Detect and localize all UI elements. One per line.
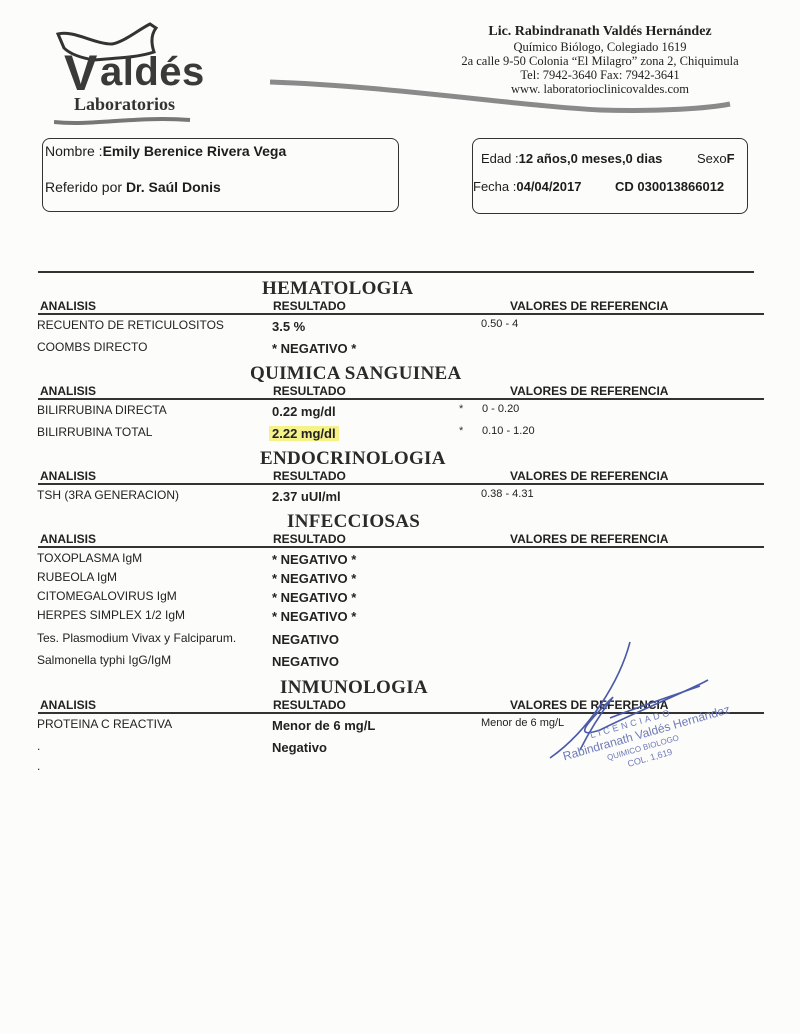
- sex-field: SexoF: [697, 151, 735, 166]
- result-value: Negativo: [272, 740, 327, 755]
- column-header-reference: VALORES DE REFERENCIA: [510, 469, 668, 483]
- section-title: ENDOCRINOLOGIA: [260, 448, 446, 470]
- result-value: * NEGATIVO *: [272, 341, 356, 356]
- analysis-name: BILIRRUBINA TOTAL: [37, 425, 152, 439]
- result-value: * NEGATIVO *: [272, 609, 356, 624]
- analysis-name: RUBEOLA IgM: [37, 570, 117, 584]
- analysis-name: .: [37, 759, 40, 773]
- patient-name: Emily Berenice Rivera Vega: [103, 143, 287, 159]
- result-value: 2.22 mg/dl: [272, 426, 339, 441]
- analysis-name: Salmonella typhi IgG/IgM: [37, 653, 171, 667]
- section-title: INMUNOLOGIA: [280, 677, 428, 699]
- analysis-name: RECUENTO DE RETICULOSITOS: [37, 318, 224, 332]
- top-divider: [38, 271, 754, 273]
- column-header-result: RESULTADO: [273, 384, 346, 398]
- cd-number: 030013866012: [637, 179, 724, 194]
- column-header-analysis: ANALISIS: [40, 384, 96, 398]
- date-field: Fecha :04/04/2017: [473, 179, 581, 194]
- analysis-name: COOMBS DIRECTO: [37, 340, 147, 354]
- result-text: NEGATIVO: [272, 654, 339, 669]
- analysis-name: TOXOPLASMA IgM: [37, 551, 142, 565]
- column-header-analysis: ANALISIS: [40, 698, 96, 712]
- result-text: * NEGATIVO *: [272, 609, 356, 624]
- sex-label: Sexo: [697, 151, 727, 166]
- info-box: Edad :12 años,0 meses,0 dias SexoF Fecha…: [472, 138, 748, 214]
- abnormal-flag: *: [459, 425, 463, 437]
- result-value: 3.5 %: [272, 319, 305, 334]
- result-text: 2.22 mg/dl: [269, 426, 339, 441]
- cd-label: CD: [615, 179, 634, 194]
- result-value: * NEGATIVO *: [272, 571, 356, 586]
- header-rule: [38, 313, 764, 315]
- column-header-result: RESULTADO: [273, 698, 346, 712]
- result-text: 2.37 uUI/ml: [272, 489, 341, 504]
- wave-decoration: [54, 114, 194, 128]
- result-text: * NEGATIVO *: [272, 571, 356, 586]
- patient-box: Nombre :Emily Berenice Rivera Vega Refer…: [42, 138, 399, 212]
- section-title: INFECCIOSAS: [287, 511, 420, 533]
- analysis-name: PROTEINA C REACTIVA: [37, 717, 172, 731]
- date-label: Fecha :: [473, 179, 516, 194]
- patient-sex: F: [727, 151, 735, 166]
- result-text: 3.5 %: [272, 319, 305, 334]
- result-text: Negativo: [272, 740, 327, 755]
- section-title: QUIMICA SANGUINEA: [250, 363, 461, 385]
- analysis-name: TSH (3RA GENERACION): [37, 488, 179, 502]
- analysis-name: Tes. Plasmodium Vivax y Falciparum.: [37, 631, 236, 645]
- cd-field: CD 030013866012: [615, 179, 724, 194]
- column-header-reference: VALORES DE REFERENCIA: [510, 299, 668, 313]
- logo-brand: aldés: [100, 52, 205, 92]
- result-text: * NEGATIVO *: [272, 341, 356, 356]
- result-value: 0.22 mg/dl: [272, 404, 336, 419]
- patient-age: 12 años,0 meses,0 dias: [519, 151, 663, 166]
- column-header-result: RESULTADO: [273, 299, 346, 313]
- reference-range: 0.50 - 4: [481, 318, 518, 330]
- result-text: NEGATIVO: [272, 632, 339, 647]
- report-date: 04/04/2017: [516, 179, 581, 194]
- result-value: Menor de 6 mg/L: [272, 718, 375, 733]
- name-label: Nombre :: [45, 143, 103, 159]
- analysis-name: BILIRRUBINA DIRECTA: [37, 403, 167, 417]
- logo-initial: V: [64, 48, 97, 98]
- result-text: 0.22 mg/dl: [272, 404, 336, 419]
- result-text: Menor de 6 mg/L: [272, 718, 375, 733]
- analysis-name: .: [37, 739, 40, 753]
- header-rule: [38, 398, 764, 400]
- address: 2a calle 9-50 Colonia “El Milagro” zona …: [400, 54, 800, 68]
- result-value: NEGATIVO: [272, 654, 339, 669]
- column-header-analysis: ANALISIS: [40, 469, 96, 483]
- age-field: Edad :12 años,0 meses,0 dias: [481, 151, 662, 166]
- analysis-name: CITOMEGALOVIRUS IgM: [37, 589, 177, 603]
- result-value: 2.37 uUI/ml: [272, 489, 341, 504]
- chemist-name: Lic. Rabindranath Valdés Hernández: [400, 24, 800, 40]
- analysis-name: HERPES SIMPLEX 1/2 IgM: [37, 608, 185, 622]
- column-header-result: RESULTADO: [273, 469, 346, 483]
- column-header-result: RESULTADO: [273, 532, 346, 546]
- reference-range: 0.38 - 4.31: [481, 488, 534, 500]
- column-header-reference: VALORES DE REFERENCIA: [510, 532, 668, 546]
- result-value: * NEGATIVO *: [272, 590, 356, 605]
- abnormal-flag: *: [459, 403, 463, 415]
- column-header-reference: VALORES DE REFERENCIA: [510, 384, 668, 398]
- header-swoosh: [270, 76, 740, 116]
- referred-label: Referido por: [45, 179, 122, 195]
- reference-range: 0 - 0.20: [482, 403, 519, 415]
- result-value: NEGATIVO: [272, 632, 339, 647]
- patient-name-field: Nombre :Emily Berenice Rivera Vega: [45, 143, 286, 159]
- column-header-analysis: ANALISIS: [40, 299, 96, 313]
- logo-subtitle: Laboratorios: [74, 94, 175, 115]
- result-text: * NEGATIVO *: [272, 590, 356, 605]
- referring-doctor: Dr. Saúl Donis: [126, 179, 221, 195]
- chemist-title: Químico Biólogo, Colegiado 1619: [400, 40, 800, 54]
- age-label: Edad :: [481, 151, 519, 166]
- column-header-analysis: ANALISIS: [40, 532, 96, 546]
- reference-range: 0.10 - 1.20: [482, 425, 535, 437]
- lab-logo: V aldés Laboratorios: [48, 22, 198, 122]
- header-rule: [38, 483, 764, 485]
- result-text: * NEGATIVO *: [272, 552, 356, 567]
- section-title: HEMATOLOGIA: [262, 278, 413, 300]
- signature-icon: LICENCIADO Rabindranath Valdés Hernández…: [540, 640, 730, 780]
- result-value: * NEGATIVO *: [272, 552, 356, 567]
- header-rule: [38, 546, 764, 548]
- referred-field: Referido por Dr. Saúl Donis: [45, 179, 221, 195]
